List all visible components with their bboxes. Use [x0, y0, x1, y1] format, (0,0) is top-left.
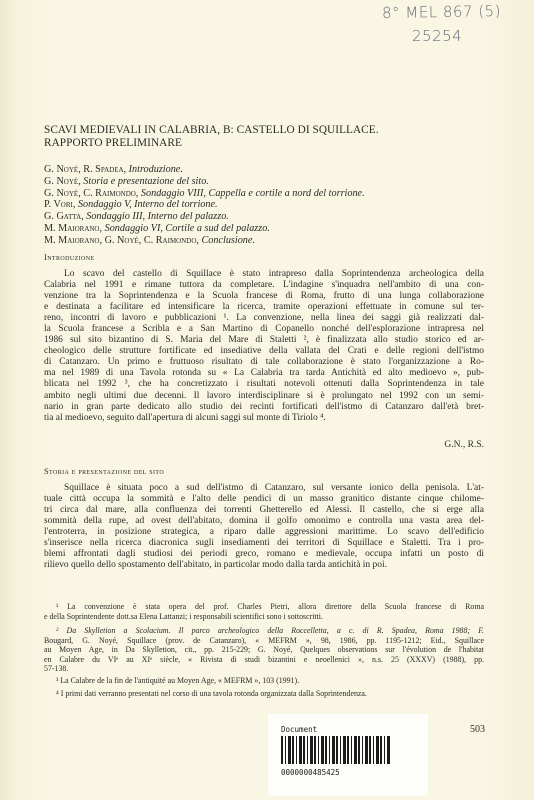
- author-entry: G. Noyé, C. Raimondo, Sondaggio VIII, Ca…: [44, 188, 365, 200]
- author-entry: G. Noyé, R. Spadea, Introduzione.: [44, 164, 365, 176]
- barcode-title: Document: [281, 725, 317, 734]
- author-entry: M. Maiorano, Sondaggio VI, Cortile a sud…: [44, 223, 365, 235]
- barcode-label: Document 0000000485425: [268, 714, 428, 796]
- footnote-3: ³ La Calabre de la fin de l'antiquité au…: [44, 676, 484, 686]
- signature-initials: G.N., R.S.: [44, 440, 484, 450]
- section-heading-storia: Storia e presentazione del sito: [44, 467, 164, 476]
- footnote-1: ¹ La convenzione è stata opera del prof.…: [44, 602, 484, 621]
- handwritten-shelfmark: 8° MEL 867 (5): [382, 2, 501, 22]
- handwritten-number: 25254: [412, 27, 462, 45]
- footnote-2: ² Da Skylletion a Scolacium. Il parco ar…: [44, 626, 484, 674]
- author-entry: G. Noyé, Storia e presentazione del sito…: [44, 176, 365, 188]
- section-heading-introduzione: Introduzione: [44, 253, 95, 262]
- author-list: G. Noyé, R. Spadea, Introduzione. G. Noy…: [44, 164, 365, 247]
- article-title: SCAVI MEDIEVALI IN CALABRIA, B: CASTELLO…: [44, 124, 379, 149]
- document-page: 8° MEL 867 (5) 25254 SCAVI MEDIEVALI IN …: [0, 0, 534, 800]
- author-entry: P. Vori, Sondaggio V, Interno del torrio…: [44, 199, 365, 211]
- author-entry: G. Gatta, Sondaggio III, Interno del pal…: [44, 211, 365, 223]
- paragraph-storia: Squillace è situata poco a sud dell'istm…: [44, 483, 484, 571]
- barcode-number: 0000000485425: [281, 768, 340, 777]
- author-entry: M. Maiorano, G. Noyé, C. Raimondo, Concl…: [44, 235, 365, 247]
- title-line-2: RAPPORTO PRELIMINARE: [44, 137, 379, 150]
- barcode-icon: [281, 736, 391, 764]
- footnote-4: ⁴ I primi dati verranno presentati nel c…: [44, 689, 484, 699]
- title-line-1: SCAVI MEDIEVALI IN CALABRIA, B: CASTELLO…: [44, 124, 379, 137]
- paragraph-introduzione: Lo scavo del castello di Squillace è sta…: [44, 269, 484, 424]
- page-number: 503: [470, 724, 485, 735]
